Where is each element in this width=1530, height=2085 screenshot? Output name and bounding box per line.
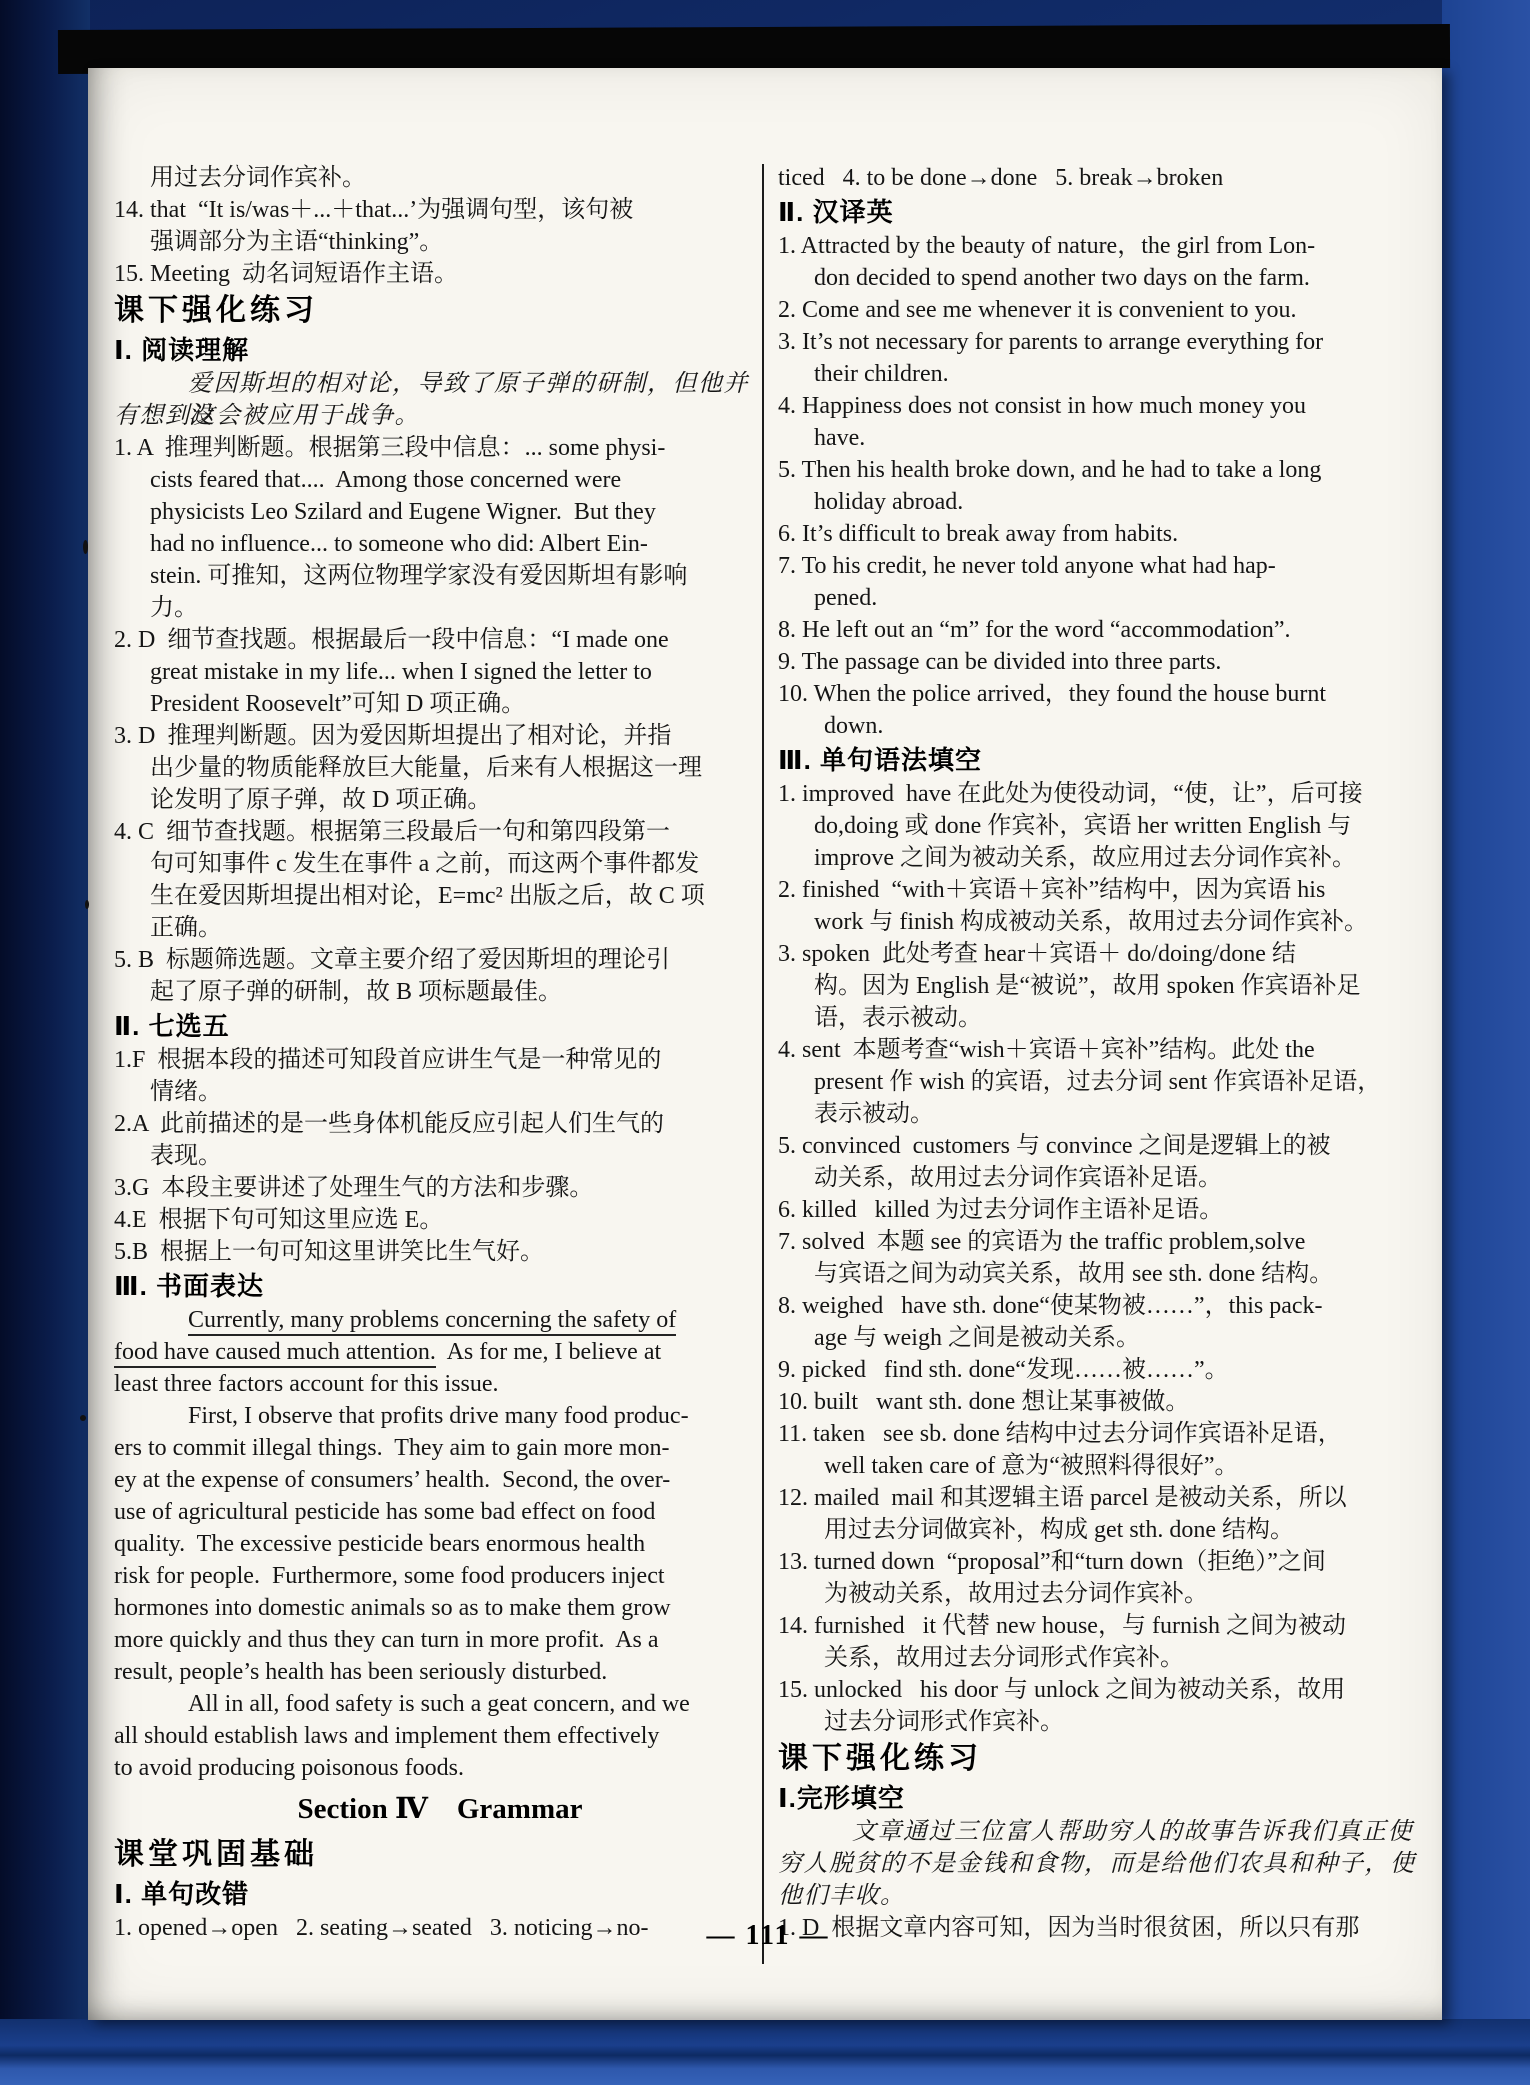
- text-line: 课下强化练习: [778, 1738, 1428, 1780]
- text-line: stein. 可推知，这两位物理学家没有爱因斯坦有影响: [114, 560, 766, 592]
- text-line: 2.A 此前描述的是一些身体机能反应引起人们生气的: [114, 1108, 766, 1140]
- text-line: 7. solved 本题 see 的宾语为 the traffic proble…: [778, 1226, 1428, 1258]
- text-line: 课堂巩固基础: [114, 1834, 766, 1876]
- text-line: 4.E 根据下句可知这里应选 E。: [114, 1204, 766, 1236]
- text-line: 3. D 推理判断题。因为爱因斯坦提出了相对论，并指: [114, 720, 766, 752]
- text-line: their children.: [778, 358, 1428, 390]
- text-line: all should establish laws and implement …: [114, 1720, 766, 1752]
- text-line: 1. A 推理判断题。根据第三段中信息：... some physi-: [114, 432, 766, 464]
- text-line: 他们丰收。: [778, 1880, 1428, 1912]
- desk-background-right: [1442, 0, 1530, 2085]
- text-line: hormones into domestic animals so as to …: [114, 1592, 766, 1624]
- book-page: 用过去分词作宾补。14. that “It is/was＋...＋that...…: [88, 68, 1442, 2020]
- text-line: 过去分词形式作宾补。: [778, 1706, 1428, 1738]
- text-line: Currently, many problems concerning the …: [114, 1304, 766, 1336]
- text-line: 13. turned down “proposal”和“turn down（拒绝…: [778, 1546, 1428, 1578]
- scanned-book-photo: { "page": { "number_label": "— 111 —" },…: [0, 0, 1530, 2085]
- text-line: 论发明了原子弹，故 D 项正确。: [114, 784, 766, 816]
- text-line: ticed 4. to be done→done 5. break→broken: [778, 162, 1428, 194]
- text-line: 动关系，故用过去分词作宾语补足语。: [778, 1162, 1428, 1194]
- text-line: 出少量的物质能释放巨大能量，后来有人根据这一理: [114, 752, 766, 784]
- text-line: pened.: [778, 582, 1428, 614]
- text-line: 与宾语之间为动宾关系，故用 see sth. done 结构。: [778, 1258, 1428, 1290]
- text-line: Section Ⅳ Grammar: [114, 1784, 766, 1834]
- text-line: ey at the expense of consumers’ health. …: [114, 1464, 766, 1496]
- text-line: 用过去分词作宾补。: [114, 162, 766, 194]
- text-line: don decided to spend another two days on…: [778, 262, 1428, 294]
- text-line: 关系，故用过去分词形式作宾补。: [778, 1642, 1428, 1674]
- text-line: 8. He left out an “m” for the word “acco…: [778, 614, 1428, 646]
- text-line: 7. To his credit, he never told anyone w…: [778, 550, 1428, 582]
- left-column: 用过去分词作宾补。14. that “It is/was＋...＋that...…: [114, 162, 766, 1944]
- underlined-text: food have caused much attention.: [114, 1339, 436, 1368]
- text-line: 10. built want sth. done 想让某事被做。: [778, 1386, 1428, 1418]
- text-line: Ⅰ. 阅读理解: [114, 332, 766, 368]
- text-line: least three factors account for this iss…: [114, 1368, 766, 1400]
- text-line: 12. mailed mail 和其逻辑主语 parcel 是被动关系，所以: [778, 1482, 1428, 1514]
- text-line: great mistake in my life... when I signe…: [114, 656, 766, 688]
- text-line: 14. that “It is/was＋...＋that...’为强调句型，该句…: [114, 194, 766, 226]
- text-line: 穷人脱贫的不是金钱和食物，而是给他们农具和种子，使: [778, 1848, 1428, 1880]
- text-line: All in all, food safety is such a geat c…: [114, 1688, 766, 1720]
- text-line: 爱因斯坦的相对论，导致了原子弹的研制，但他并没: [114, 368, 766, 400]
- text-line: 14. furnished it 代替 new house，与 furnish …: [778, 1610, 1428, 1642]
- text-line: more quickly and thus they can turn in m…: [114, 1624, 766, 1656]
- text-line: age 与 weigh 之间是被动关系。: [778, 1322, 1428, 1354]
- text-line: 表现。: [114, 1140, 766, 1172]
- text-line: 3.G 本段主要讲述了处理生气的方法和步骤。: [114, 1172, 766, 1204]
- text-line: 1. Attracted by the beauty of nature，the…: [778, 230, 1428, 262]
- text-line: Ⅲ. 书面表达: [114, 1268, 766, 1304]
- text-line: holiday abroad.: [778, 486, 1428, 518]
- text-line: 2. Come and see me whenever it is conven…: [778, 294, 1428, 326]
- text-line: 15. unlocked his door 与 unlock 之间为被动关系，故…: [778, 1674, 1428, 1706]
- text-line: 1. improved have 在此处为使役动词，“使，让”，后可接: [778, 778, 1428, 810]
- text-line: 15. Meeting 动名词短语作主语。: [114, 258, 766, 290]
- text-line: Ⅰ. 单句改错: [114, 1876, 766, 1912]
- text-line: work 与 finish 构成被动关系，故用过去分词作宾补。: [778, 906, 1428, 938]
- text-line: Ⅱ. 七选五: [114, 1008, 766, 1044]
- text-line: 8. weighed have sth. done“使某物被……”，this p…: [778, 1290, 1428, 1322]
- text-line: risk for people. Furthermore, some food …: [114, 1560, 766, 1592]
- underlined-text: Currently, many problems concerning the …: [188, 1307, 676, 1336]
- text-line: ers to commit illegal things. They aim t…: [114, 1432, 766, 1464]
- text-line: 3. It’s not necessary for parents to arr…: [778, 326, 1428, 358]
- text-line: 2. finished “with＋宾语＋宾补”结构中，因为宾语 his: [778, 874, 1428, 906]
- text-line: result, people’s health has been serious…: [114, 1656, 766, 1688]
- text-line: 句可知事件 c 发生在事件 a 之前，而这两个事件都发: [114, 848, 766, 880]
- text-line: present 作 wish 的宾语，过去分词 sent 作宾语补足语，: [778, 1066, 1428, 1098]
- text-line: 有想到这会被应用于战争。: [114, 400, 766, 432]
- text-line: 生在爱因斯坦提出相对论，E=mc² 出版之后，故 C 项: [114, 880, 766, 912]
- text-line: physicists Leo Szilard and Eugene Wigner…: [114, 496, 766, 528]
- text-line: 11. taken see sb. done 结构中过去分词作宾语补足语，: [778, 1418, 1428, 1450]
- text-line: food have caused much attention. As for …: [114, 1336, 766, 1368]
- text-line: do,doing 或 done 作宾补，宾语 her written Engli…: [778, 810, 1428, 842]
- text-line: had no influence... to someone who did: …: [114, 528, 766, 560]
- text-line: 3. spoken 此处考查 hear＋宾语＋ do/doing/done 结: [778, 938, 1428, 970]
- text-line: have.: [778, 422, 1428, 454]
- desk-background-bottom: [0, 2019, 1530, 2085]
- text-line: well taken care of 意为“被照料得很好”。: [778, 1450, 1428, 1482]
- text-line: 6. It’s difficult to break away from hab…: [778, 518, 1428, 550]
- text-line: 6. killed killed 为过去分词作主语补足语。: [778, 1194, 1428, 1226]
- text-line: 4. Happiness does not consist in how muc…: [778, 390, 1428, 422]
- text-line: 正确。: [114, 912, 766, 944]
- text-line: 课下强化练习: [114, 290, 766, 332]
- text-line: President Roosevelt”可知 D 项正确。: [114, 688, 766, 720]
- text-line: use of agricultural pesticide has some b…: [114, 1496, 766, 1528]
- scan-artifact: [80, 1415, 86, 1421]
- text-line: 语，表示被动。: [778, 1002, 1428, 1034]
- right-column: ticed 4. to be done→done 5. break→broken…: [778, 162, 1428, 1944]
- scan-artifact: [83, 540, 88, 554]
- text-line: Ⅱ. 汉译英: [778, 194, 1428, 230]
- text-line: 强调部分为主语“thinking”。: [114, 226, 766, 258]
- scan-artifact: [85, 900, 89, 909]
- text-line: 表示被动。: [778, 1098, 1428, 1130]
- desk-background-left: [0, 0, 90, 2085]
- text-line: 9. The passage can be divided into three…: [778, 646, 1428, 678]
- text-line: 情绪。: [114, 1076, 766, 1108]
- text-line: First, I observe that profits drive many…: [114, 1400, 766, 1432]
- text-line: to avoid producing poisonous foods.: [114, 1752, 766, 1784]
- text-line: Ⅲ. 单句语法填空: [778, 742, 1428, 778]
- text-line: cists feared that.... Among those concer…: [114, 464, 766, 496]
- text-line: 构。因为 English 是“被说”，故用 spoken 作宾语补足: [778, 970, 1428, 1002]
- page-number: — 111 —: [648, 1920, 888, 1952]
- text-line: 起了原子弹的研制，故 B 项标题最佳。: [114, 976, 766, 1008]
- text-line: 5. convinced customers 与 convince 之间是逻辑上…: [778, 1130, 1428, 1162]
- text-line: quality. The excessive pesticide bears e…: [114, 1528, 766, 1560]
- text-line: 5. Then his health broke down, and he ha…: [778, 454, 1428, 486]
- text-line: 为被动关系，故用过去分词作宾补。: [778, 1578, 1428, 1610]
- page-top-shadow-band: [58, 24, 1450, 74]
- text-line: 2. D 细节查找题。根据最后一段中信息：“I made one: [114, 624, 766, 656]
- text-line: 力。: [114, 592, 766, 624]
- text-line: improve 之间为被动关系，故应用过去分词作宾补。: [778, 842, 1428, 874]
- text-line: 4. C 细节查找题。根据第三段最后一句和第四段第一: [114, 816, 766, 848]
- text-line: 5. B 标题筛选题。文章主要介绍了爱因斯坦的理论引: [114, 944, 766, 976]
- text-line: 5.B 根据上一句可知这里讲笑比生气好。: [114, 1236, 766, 1268]
- text-line: down.: [778, 710, 1428, 742]
- text-line: 4. sent 本题考查“wish＋宾语＋宾补”结构。此处 the: [778, 1034, 1428, 1066]
- text-line: 10. When the police arrived，they found t…: [778, 678, 1428, 710]
- text-line: Ⅰ.完形填空: [778, 1780, 1428, 1816]
- text-line: 9. picked find sth. done“发现……被……”。: [778, 1354, 1428, 1386]
- text-segment: As for me, I believe at: [436, 1339, 661, 1365]
- text-line: 1.F 根据本段的描述可知段首应讲生气是一种常见的: [114, 1044, 766, 1076]
- text-line: 用过去分词做宾补，构成 get sth. done 结构。: [778, 1514, 1428, 1546]
- text-line: 文章通过三位富人帮助穷人的故事告诉我们真正使: [778, 1816, 1428, 1848]
